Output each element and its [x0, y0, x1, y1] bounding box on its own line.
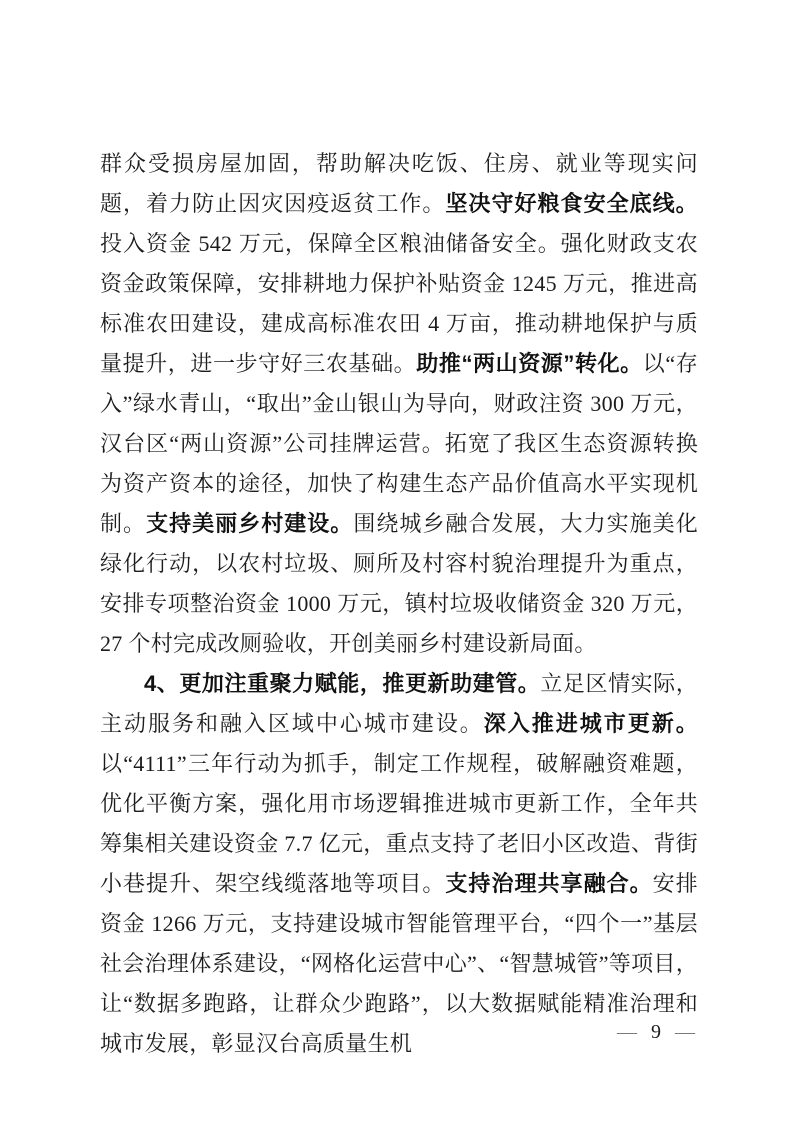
text-run-bold-heading: 支持美丽乡村建设。 [146, 511, 353, 536]
page-number-left-dash: — [617, 1021, 637, 1043]
paragraph: 4、更加注重聚力赋能，推更新助建管。立足区情实际，主动服务和融入区域中心城市建设… [100, 664, 698, 1064]
text-run: 安排资金 1266 万元，支持建设城市智能管理平台，“四个一”基层社会治理体系建… [100, 871, 698, 1056]
page-number-right-dash: — [675, 1021, 695, 1043]
document-page: 群众受损房屋加固，帮助解决吃饭、住房、就业等现实问题，着力防止因灾因疫返贫工作。… [0, 0, 793, 1122]
text-run: 以“存入”绿水青山，“取出”金山银山为导向，财政注资 300 万元，汉台区“两山… [100, 351, 698, 536]
text-run-bold-heading: 4、更加注重聚力赋能，推更新助建管。 [144, 671, 540, 696]
document-body: 群众受损房屋加固，帮助解决吃饭、住房、就业等现实问题，着力防止因灾因疫返贫工作。… [100, 144, 698, 1064]
text-run-bold-heading: 支持治理共享融合。 [445, 871, 652, 896]
text-run-bold-heading: 助推“两山资源”转化。 [416, 351, 642, 376]
paragraph: 群众受损房屋加固，帮助解决吃饭、住房、就业等现实问题，着力防止因灾因疫返贫工作。… [100, 144, 698, 664]
text-run-bold-heading: 坚决守好粮食安全底线。 [445, 191, 698, 216]
page-number: —9— [617, 1018, 695, 1046]
page-number-value: 9 [651, 1018, 661, 1046]
text-run-bold-heading: 深入推进城市更新。 [484, 711, 698, 736]
